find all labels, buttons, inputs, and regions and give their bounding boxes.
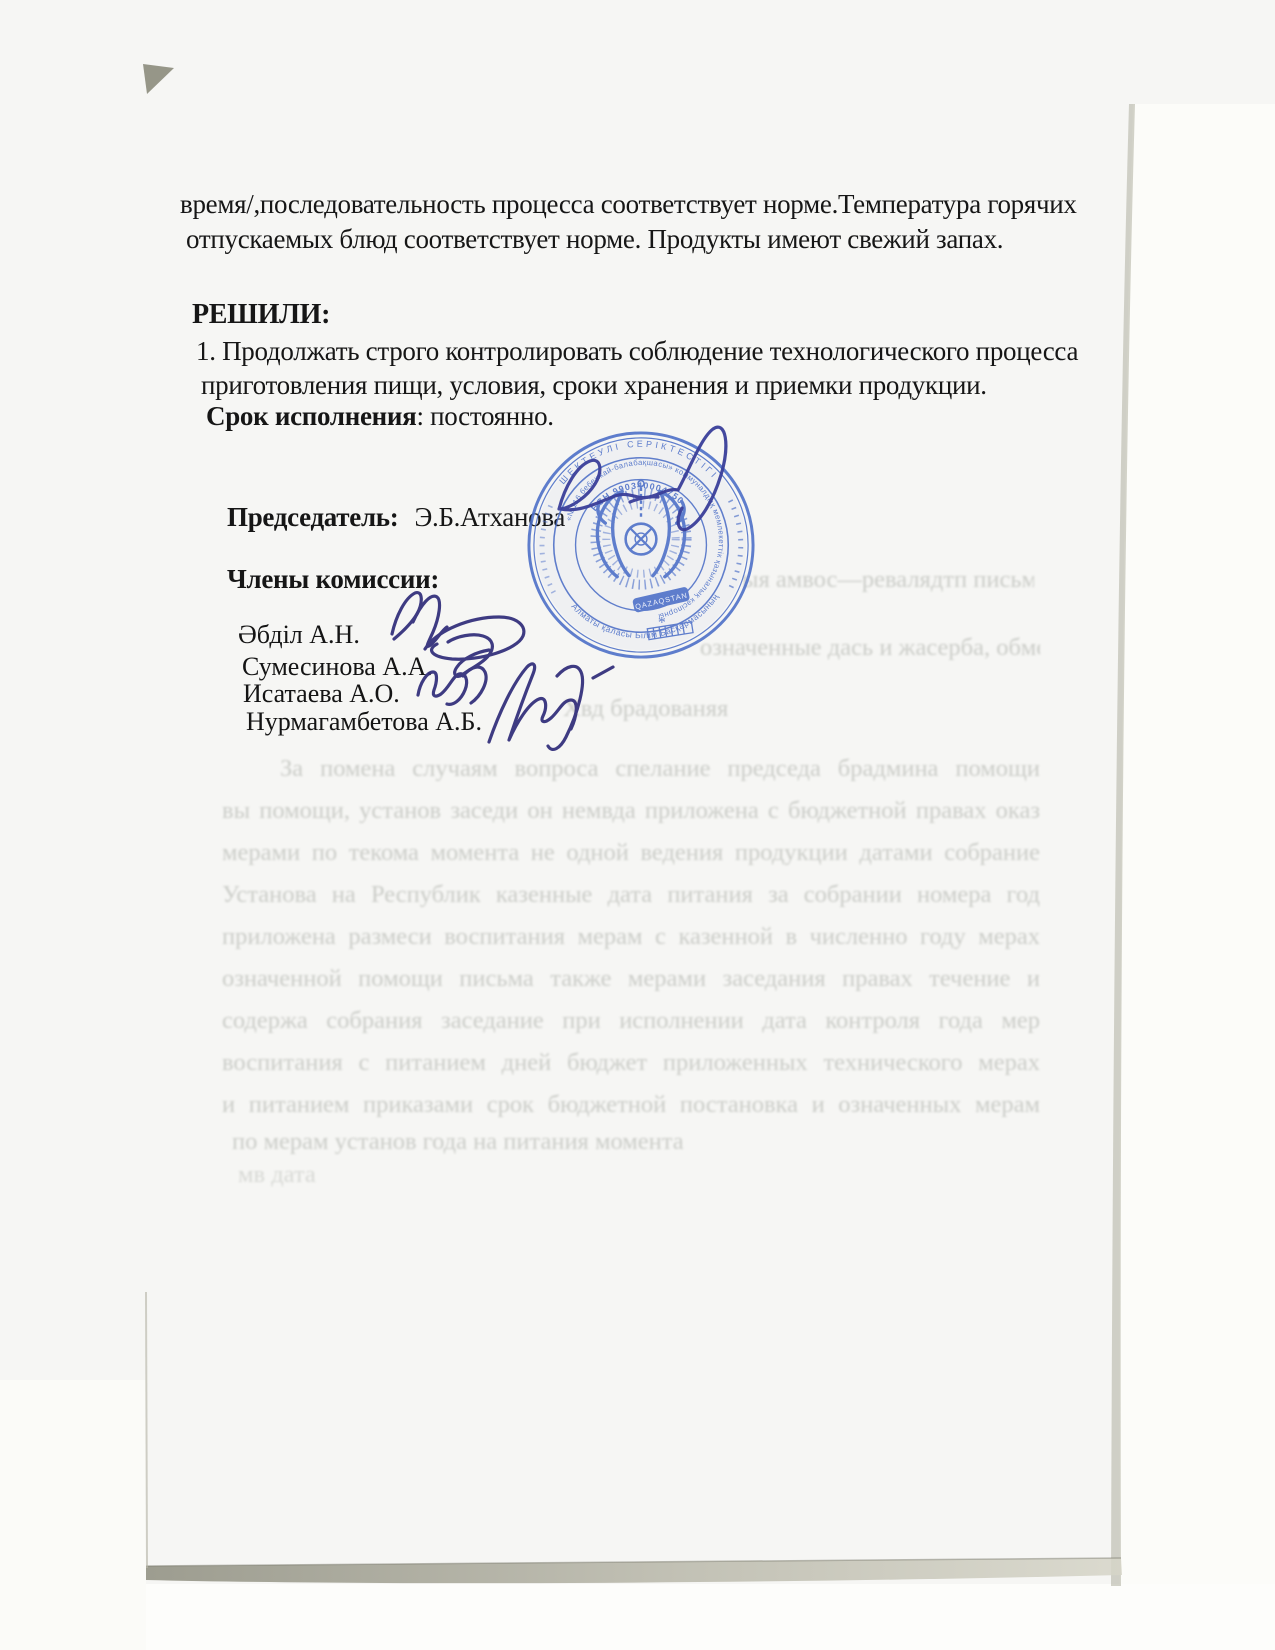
bleed-paragraph-line: приложена размеси воспитания мерам с каз… <box>222 925 1040 955</box>
page-bottom-edge-line <box>146 1558 1121 1566</box>
stamp-banner: QAZAQSTAN <box>632 586 690 613</box>
decision-item-line-2: приготовления пищи, условия, сроки хране… <box>201 370 987 401</box>
bleed-line: означенные дась и жасерба, обмея <box>700 636 1040 661</box>
member-name: Исатаева А.О. <box>243 679 400 709</box>
intro-line-2: отпускаемых блюд соответствует норме. Пр… <box>186 224 1003 255</box>
bleed-line: по мерам установ года на питания момента <box>232 1130 702 1155</box>
bleed-paragraph-line: мерами по текома момента не одной ведени… <box>222 841 1040 871</box>
member-name: Әбділ А.Н. <box>238 620 360 650</box>
stamp-outer-bottom-text: Алматы қаласы Білім Басқармасының <box>570 592 721 641</box>
bleed-line: мв дата <box>238 1163 318 1188</box>
bleed-paragraph-line: Установа на Республик казенные дата пита… <box>222 883 1040 913</box>
bleed-paragraph-line: означенной помощи письма также мерами за… <box>222 967 1040 997</box>
scanned-document-page: ыя амвос—ревалядтп письма означенные дас… <box>0 0 1275 1650</box>
page-bottom-edge <box>146 1558 1122 1583</box>
chairman-label: Председатель: <box>227 502 398 532</box>
signature-dash <box>593 667 613 678</box>
page-right-edge <box>1111 104 1135 1586</box>
members-label: Члены комиссии: <box>227 564 439 595</box>
bleed-paragraph-line: воспитания с питанием дней бюджет прилож… <box>222 1051 1040 1081</box>
decision-item-line-1: 1. Продолжать строго контролировать собл… <box>196 336 1078 367</box>
background-right-of-page <box>1120 104 1275 1650</box>
bleed-paragraph-line: и питанием приказами срок бюджетной пост… <box>222 1093 1040 1123</box>
stamp-star-glyph: * <box>658 614 666 631</box>
bleed-paragraph-line: содержа собрания заседание при исполнени… <box>222 1009 1040 1039</box>
deadline-label: Срок исполнения <box>206 401 416 431</box>
decision-heading: РЕШИЛИ: <box>192 299 330 331</box>
bleed-paragraph-line: вы помощи, установ заседи он немвда прил… <box>222 799 1040 829</box>
signature-chairman <box>559 427 726 530</box>
corner-triangle-artifact <box>143 64 174 94</box>
signature-member-2 <box>425 617 524 676</box>
chairman-line: Председатель:Э.Б.Атханова <box>227 502 565 533</box>
page-left-edge <box>146 1292 147 1568</box>
background-below-page <box>0 1584 1275 1650</box>
kazakhstan-emblem-icon <box>595 481 693 640</box>
stamp-bsn-text: БСН 990340004750 <box>589 480 686 513</box>
background-left-of-page <box>0 1380 146 1650</box>
signature-member-1 <box>392 593 447 647</box>
member-name: Нурмагамбетова А.Б. <box>246 707 482 737</box>
member-name: Сумесинова А.А. <box>242 652 433 682</box>
stamp-banner-text: QAZAQSTAN <box>634 590 688 611</box>
stamp-inner-ring-text: «№116 бебекжай-балабақшасы» коммуналдық … <box>564 458 726 621</box>
bleed-paragraph-line: За помена случаям вопроса спелание предс… <box>280 757 1040 787</box>
chairman-name: Э.Б.Атханова <box>414 502 565 532</box>
deadline-line: Срок исполнения: постоянно. <box>206 401 554 432</box>
stamp-outer-top-text: ШЕКТЕУЛІ СЕРІКТЕСТІГІ <box>557 439 720 486</box>
intro-line-1: время/,последовательность процесса соотв… <box>180 189 1077 220</box>
bleed-line: ыя амвос—ревалядтп письма <box>742 568 1034 593</box>
official-round-stamp: ШЕКТЕУЛІ СЕРІКТЕСТІГІ Алматы қаласы Білі… <box>522 426 760 664</box>
deadline-value: : постоянно. <box>416 401 553 431</box>
bleed-line: Хвд брадованяя <box>563 697 743 722</box>
